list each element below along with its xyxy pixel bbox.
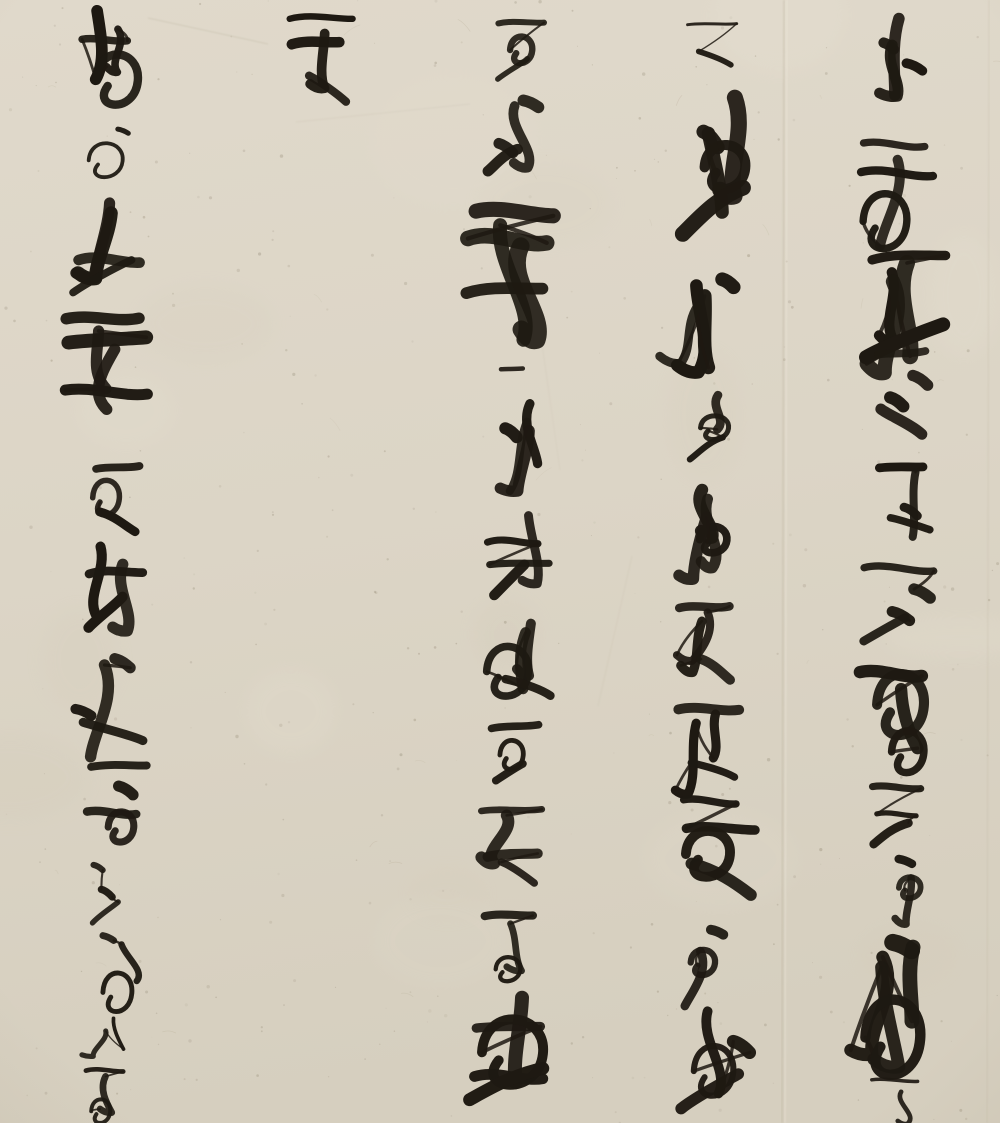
calligraphy-page: Chinese cursive calligraphy manuscript H… [0,0,1000,1123]
vignette-overlay [0,0,1000,1123]
manuscript: Chinese cursive calligraphy manuscript H… [0,0,1000,1123]
ink-and-paper-layer [0,0,1000,1123]
